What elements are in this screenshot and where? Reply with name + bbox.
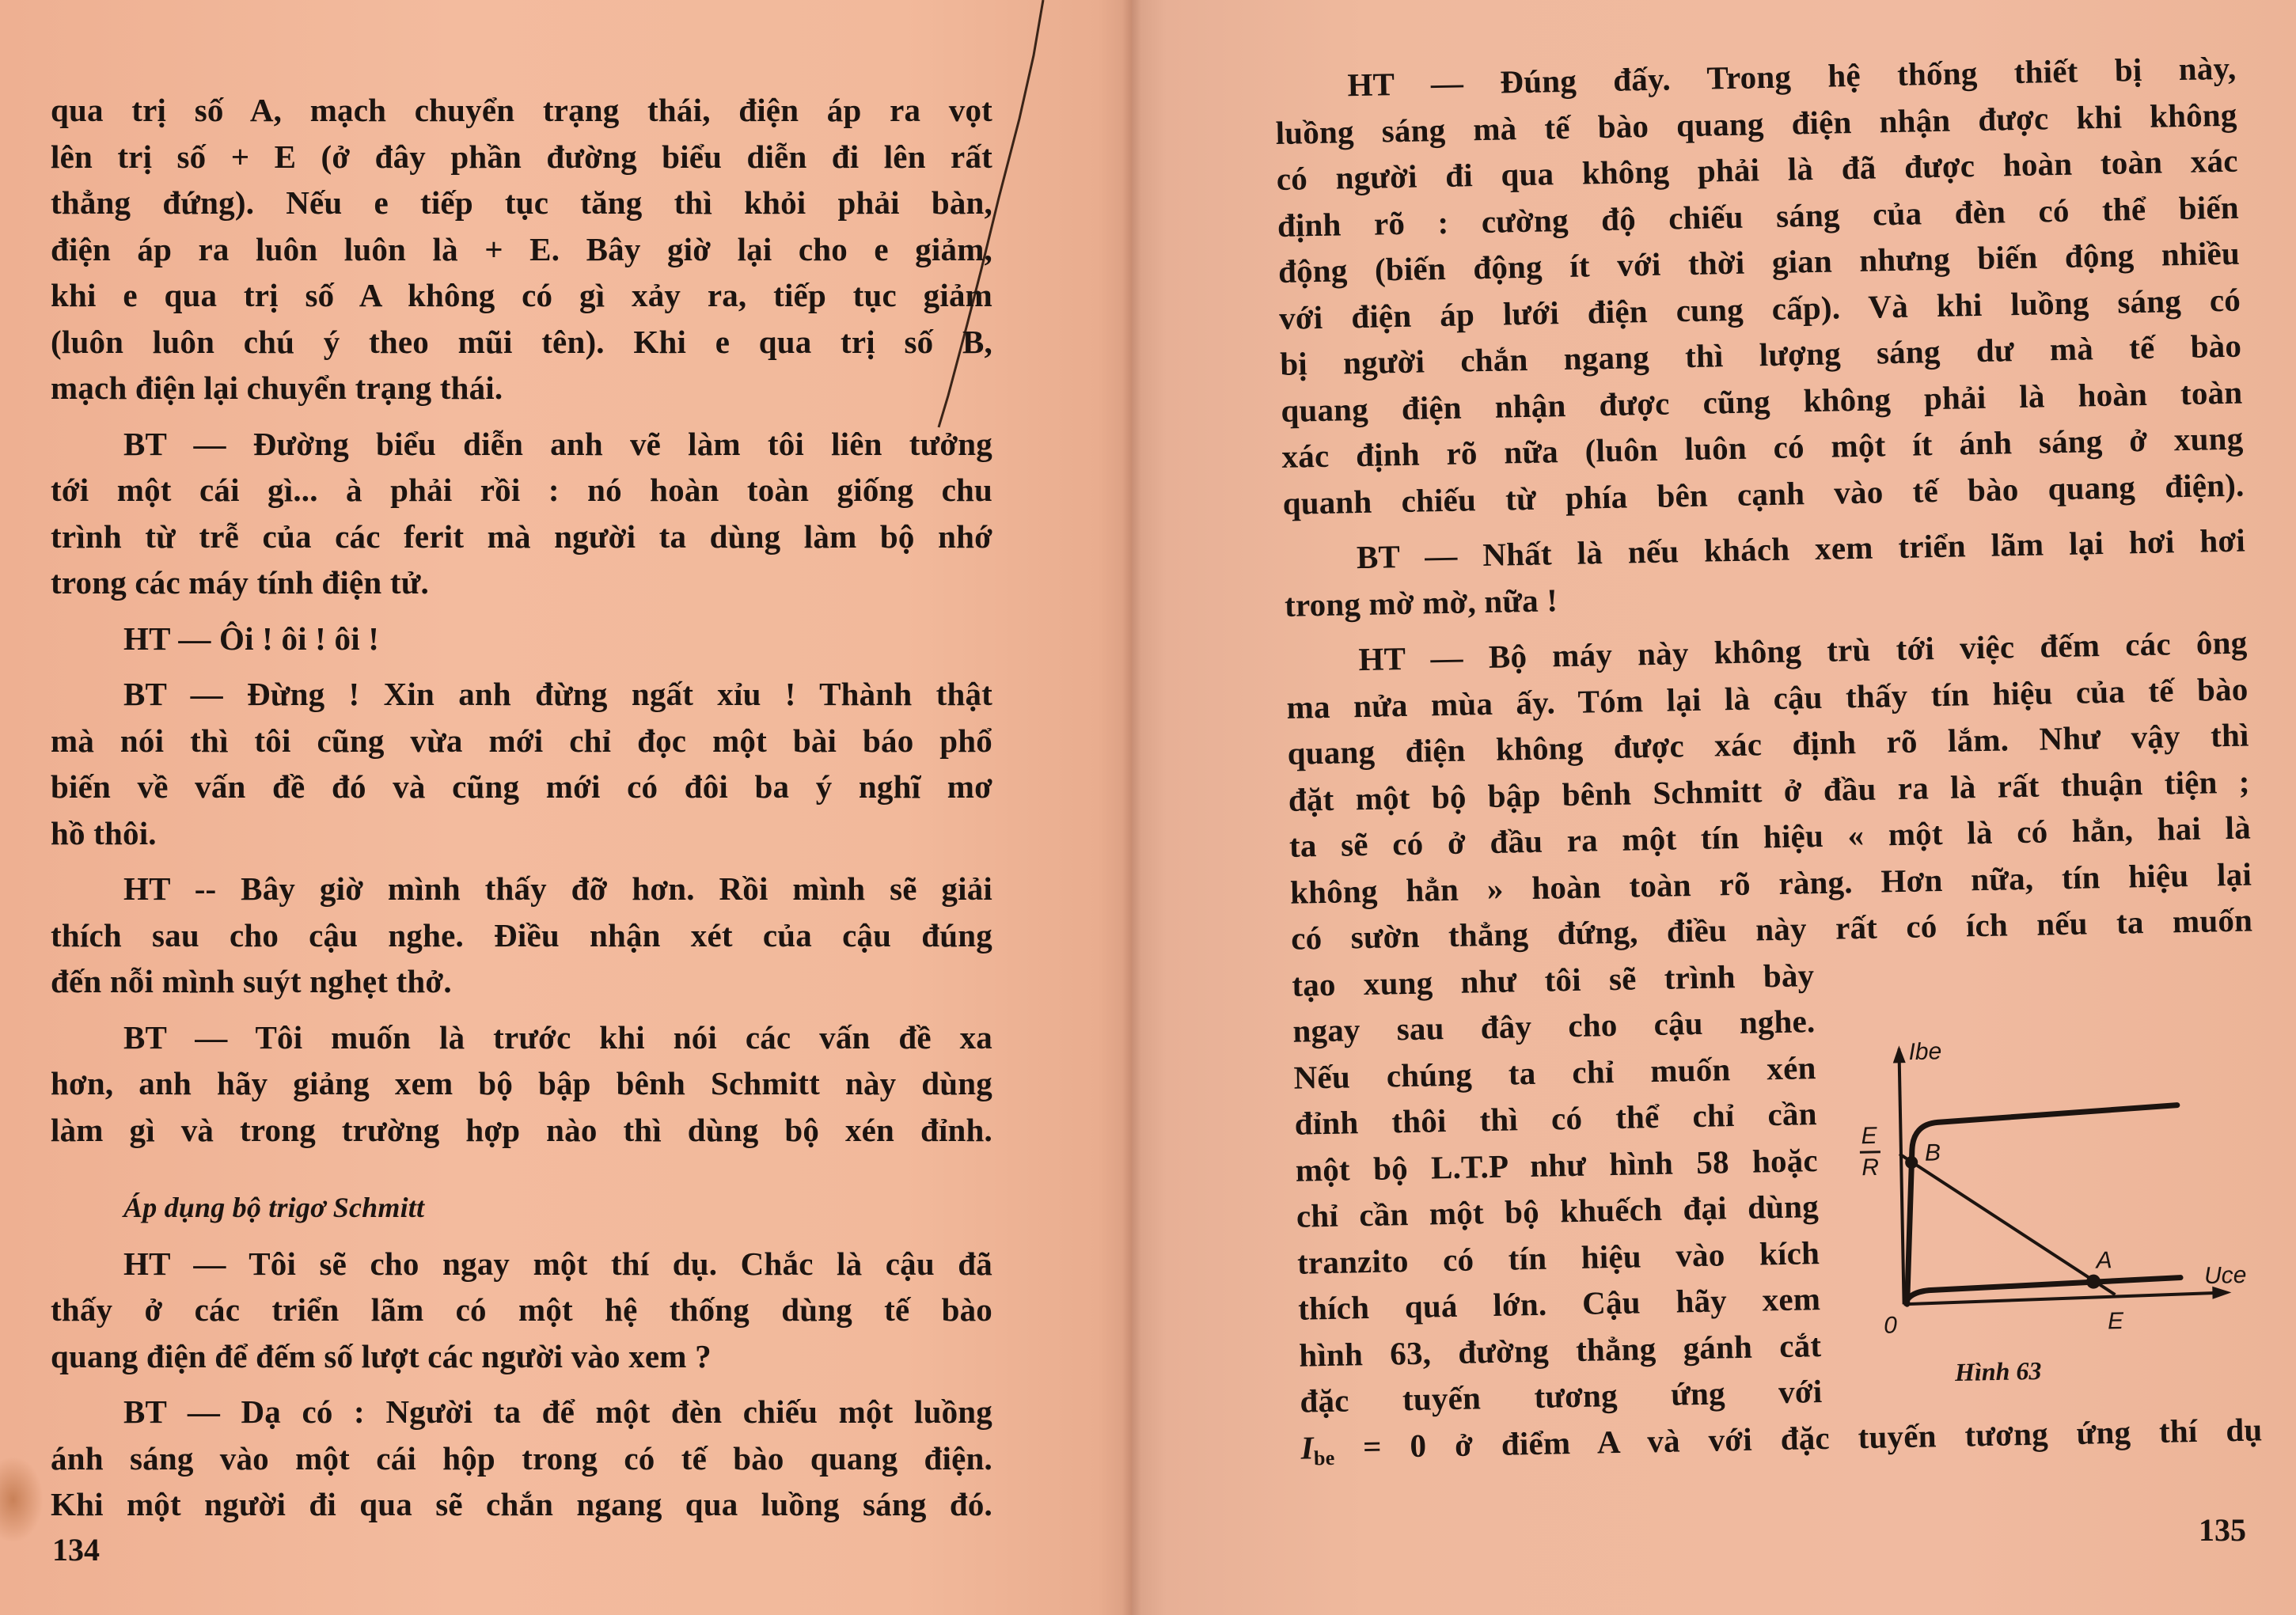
- text-line: thích sau cho cậu nghe. Điều nhận xét củ…: [51, 912, 992, 959]
- point-a-label: A: [2096, 1247, 2112, 1274]
- page-number-left: 134: [52, 1531, 100, 1568]
- text-line: biến về vấn đề đó và cũng mới có đôi ba …: [51, 764, 992, 810]
- text-line: mạch điện lại chuyển trạng thái.: [51, 365, 992, 411]
- speaker-label: BT: [123, 1393, 166, 1430]
- text-line: — Tôi sẽ cho ngay một thí dụ. Chắc là cậ…: [193, 1245, 992, 1282]
- dialogue-paragraph: HT — Tôi sẽ cho ngay một thí dụ. Chắc là…: [51, 1241, 992, 1380]
- current-subscript: be: [1314, 1446, 1335, 1469]
- text-line: — Dạ có : Người ta để một đèn chiếu một …: [188, 1393, 992, 1430]
- text-line: ánh sáng vào một cái hộp trong có tế bào…: [51, 1435, 992, 1482]
- speaker-label: BT: [123, 676, 166, 712]
- book-spine-crease: [1122, 0, 1141, 1615]
- text-line: trong các máy tính điện tử.: [51, 559, 992, 606]
- dialogue-paragraph: HT — Đúng đấy. Trong hệ thống thiết bị n…: [1274, 45, 2245, 526]
- y-intercept-denominator: R: [1861, 1154, 1879, 1181]
- text-line: trình từ trễ của các ferit mà người ta d…: [51, 514, 992, 560]
- dialogue-paragraph: BT — Tôi muốn là trước khi nói các vấn đ…: [51, 1014, 992, 1154]
- page-number-right: 135: [2199, 1511, 2246, 1549]
- text-line: (luôn luôn chú ý theo mũi tên). Khi e qu…: [51, 319, 992, 366]
- text-line: — Tôi muốn là trước khi nói các vấn đề x…: [195, 1019, 992, 1056]
- dialogue-paragraph: BT — Đừng ! Xin anh đừng ngất xỉu ! Thàn…: [51, 671, 992, 856]
- dialogue-paragraph: HT -- Bây giờ mình thấy đỡ hơn. Rồi mình…: [51, 866, 992, 1005]
- dialogue-paragraph: BT — Dạ có : Người ta để một đèn chiếu m…: [51, 1389, 992, 1528]
- dialogue-paragraph: BT — Đường biểu diễn anh vẽ làm tôi liên…: [51, 421, 992, 606]
- text-line: thẳng đứng). Nếu e tiếp tục tăng thì khỏ…: [51, 180, 992, 226]
- origin-label: 0: [1884, 1312, 1897, 1339]
- speaker-label: BT: [1357, 538, 1400, 575]
- text-line: -- Bây giờ mình thấy đỡ hơn. Rồi mình sẽ…: [195, 870, 992, 907]
- dialogue-paragraph: BT — Nhất là nếu khách xem triển lãm lại…: [1283, 517, 2246, 628]
- book-spread: qua trị số A, mạch chuyển trạng thái, đi…: [0, 0, 2296, 1615]
- speaker-label: HT: [1358, 640, 1406, 677]
- x-axis-label: Uce: [2204, 1262, 2247, 1290]
- speaker-label: HT: [123, 870, 170, 907]
- diagram-graphic: [1837, 1025, 2239, 1365]
- figure-63-load-line-diagram: Ibe Uce 0 E E R B A: [1837, 1025, 2239, 1365]
- y-intercept-numerator: E: [1861, 1123, 1877, 1150]
- text-line: thấy ở các triển lãm có một hệ thống dùn…: [51, 1287, 992, 1333]
- text-line: đến nỗi mình suýt nghẹt thở.: [51, 958, 992, 1005]
- dialogue-paragraph: HT — Ôi ! ôi ! ôi !: [51, 616, 992, 662]
- x-intercept-label: E: [2108, 1308, 2124, 1335]
- paper-stain: [0, 1456, 44, 1543]
- text-line: — Đừng ! Xin anh đừng ngất xỉu ! Thành t…: [191, 676, 992, 712]
- text-line: khi e qua trị số A không có gì xảy ra, t…: [51, 272, 992, 319]
- text-line: điện áp ra luôn luôn là + E. Bây giờ lại…: [51, 226, 992, 273]
- current-symbol: I: [1300, 1429, 1314, 1465]
- y-axis-label: Ibe: [1908, 1038, 1941, 1066]
- speaker-label: BT: [123, 426, 166, 462]
- speaker-label: HT: [123, 1245, 170, 1282]
- speaker-label: HT: [1347, 66, 1395, 103]
- text-line: quang điện để đếm số lượt các người vào …: [51, 1333, 992, 1380]
- text-line: mà nói thì tôi cũng vừa mới chỉ đọc một …: [51, 718, 992, 764]
- point-b-label: B: [1925, 1139, 1941, 1166]
- left-page-text: qua trị số A, mạch chuyển trạng thái, đi…: [51, 87, 992, 1528]
- text-line: làm gì và trong trường hợp nào thì dùng …: [51, 1107, 992, 1154]
- figure-caption: Hình 63: [1955, 1356, 2042, 1387]
- text-line: tới một cái gì... à phải rồi : nó hoàn t…: [51, 467, 992, 514]
- speaker-label: HT: [123, 620, 170, 657]
- text-line: hơn, anh hãy giảng xem bộ bập bênh Schmi…: [51, 1060, 992, 1107]
- text-line: Khi một người đi qua sẽ chắn ngang qua l…: [51, 1481, 992, 1528]
- text-line: lên trị số + E (ở đây phần đường biểu di…: [51, 134, 992, 180]
- text-line: qua trị số A, mạch chuyển trạng thái, đi…: [51, 87, 992, 134]
- text-line: hồ thôi.: [51, 810, 992, 857]
- section-heading: Áp dụng bộ trigơ Schmitt: [51, 1185, 992, 1231]
- text-line: — Ôi ! ôi ! ôi !: [178, 620, 379, 657]
- speaker-label: BT: [123, 1019, 166, 1056]
- text-line: — Đường biểu diễn anh vẽ làm tôi liên tư…: [193, 426, 992, 462]
